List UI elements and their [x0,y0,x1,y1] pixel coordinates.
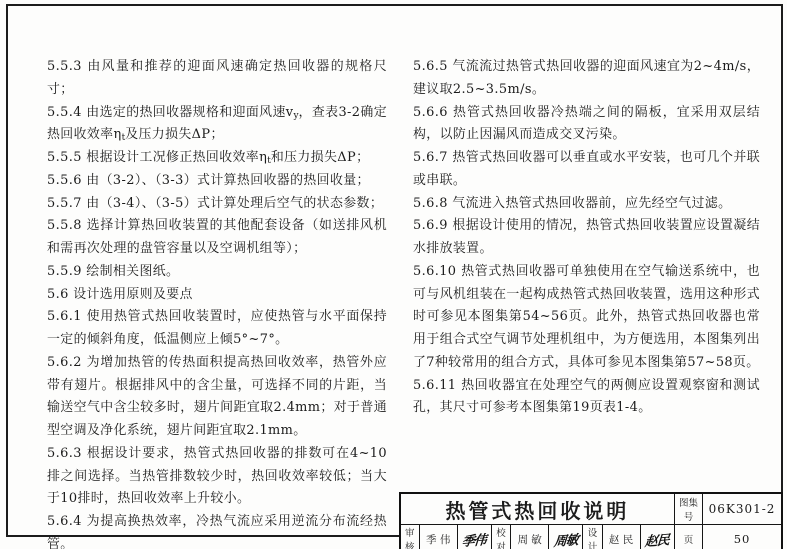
sheet-title: 热管式热回收说明 [400,493,674,525]
paragraph: 5.6.3 根据设计要求，热管式热回收器的排数可在4~10排之间选择。当热管排数… [47,443,387,511]
paragraph: 5.6.7 热管式热回收器可以垂直或水平安装，也可几个并联或串联。 [413,147,760,193]
document-page: 5.5.3 由风量和推荐的迎面风速确定热回收器的规格尺寸；5.5.4 由选定的热… [0,0,787,549]
paragraph: 5.6.6 热管式热回收器冷热端之间的隔板，宜采用双层结构，以防止因漏风而造成交… [413,102,760,148]
reviewer-name: 季 伟 [419,525,457,549]
paragraph: 5.6.2 为增加热管的传热面积提高热回收效率，热管外应带有翅片。根据排风中的含… [47,352,387,443]
paragraph: 5.5.3 由风量和推荐的迎面风速确定热回收器的规格尺寸； [47,56,387,102]
title-block: 热管式热回收说明 图集号 06K301-2 审核 季 伟 季伟 校对 周 敏 周… [399,492,783,549]
reviewer-role-label: 审核 [400,525,419,549]
text-column-right: 5.6.5 气流流过热管式热回收器的迎面风速宜为2~4m/s，建议取2.5~3.… [413,56,760,420]
signature-scribble: 赵民 [644,528,670,549]
designer-signature: 赵民 [640,525,674,549]
paragraph: 5.5.7 由（3-4）、（3-5）式计算处理后空气的状态参数； [47,193,387,216]
page-number: 50 [703,525,782,549]
designer-role-label: 设计 [583,525,602,549]
paragraph: 5.6.10 热管式热回收器可单独使用在空气输送系统中，也可与风机组装在一起构成… [413,261,760,375]
signature-scribble: 季伟 [462,528,488,549]
paragraph: 5.6.8 气流进入热管式热回收器前，应先经空气过滤。 [413,193,760,216]
signature-scribble: 周敏 [553,528,579,549]
checker-role-label: 校对 [491,525,510,549]
text-column-left: 5.5.3 由风量和推荐的迎面风速确定热回收器的规格尺寸；5.5.4 由选定的热… [47,56,387,549]
checker-signature: 周敏 [549,525,583,549]
atlas-number: 06K301-2 [703,493,782,525]
checker-name: 周 敏 [511,525,549,549]
paragraph: 5.6.4 为提高换热效率，冷热气流应采用逆流分布流经热管。 [47,511,387,549]
reviewer-signature: 季伟 [457,525,491,549]
paragraph: 5.5.9 绘制相关图纸。 [47,261,387,284]
paragraph: 5.6.11 热回收器宜在处理空气的两侧应设置观察窗和测试孔，其尺寸可参考本图集… [413,375,760,421]
designer-name: 赵 民 [602,525,640,549]
atlas-number-label: 图集号 [674,493,702,525]
paragraph: 5.6.5 气流流过热管式热回收器的迎面风速宜为2~4m/s，建议取2.5~3.… [413,56,760,102]
paragraph: 5.6 设计选用原则及要点 [47,284,387,307]
paragraph: 5.5.8 选择计算热回收装置的其他配套设备（如送排风机和需再次处理的盘管容量以… [47,215,387,261]
paragraph: 5.5.5 根据设计工况修正热回收效率ηt和压力损失ΔP； [47,147,387,170]
paragraph: 5.6.1 使用热管式热回收装置时，应使热管与水平面保持一定的倾斜角度，低温侧应… [47,306,387,352]
paragraph: 5.6.9 根据设计使用的情况，热管式热回收装置应设置凝结水排放装置。 [413,215,760,261]
paragraph: 5.5.6 由（3-2）、（3-3）式计算热回收器的热回收量； [47,170,387,193]
paragraph: 5.5.4 由选定的热回收器规格和迎面风速vy，查表3-2确定热回收效率ηt及压… [47,102,387,148]
page-number-label: 页 [674,525,702,549]
